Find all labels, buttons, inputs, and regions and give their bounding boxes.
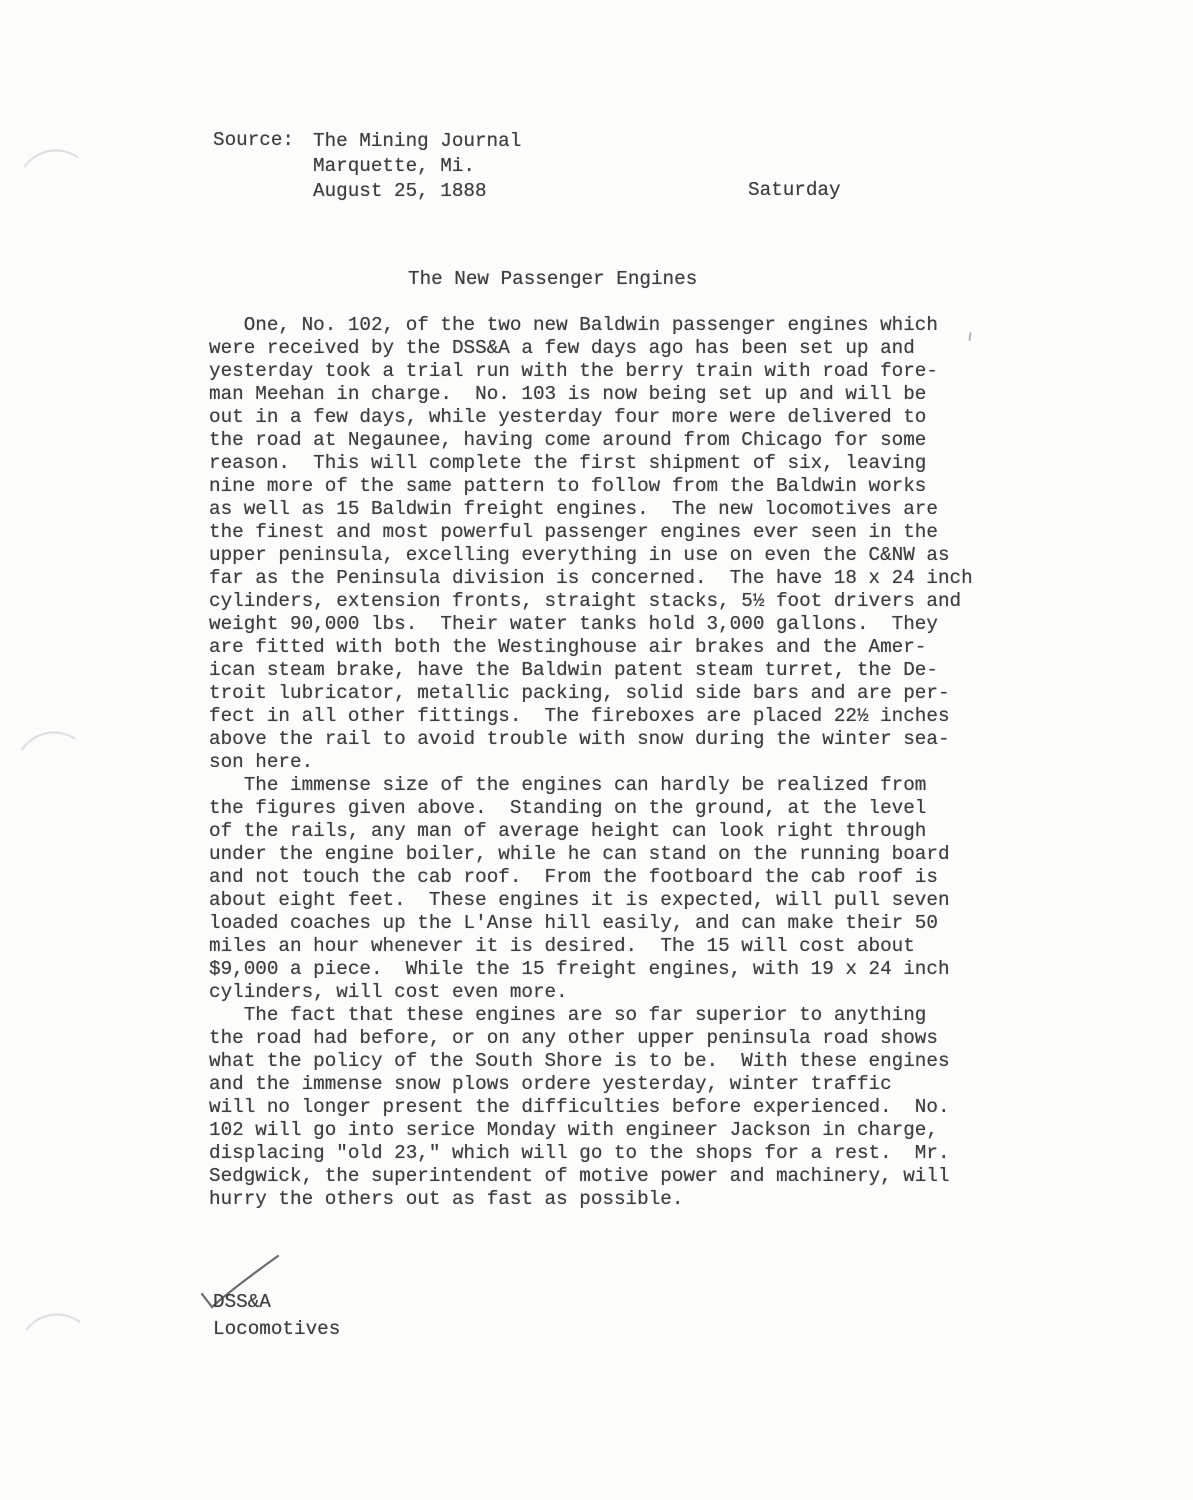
article-title: The New Passenger Engines — [408, 268, 697, 291]
source-label: Source: — [213, 129, 294, 152]
source-day: Saturday — [748, 179, 841, 202]
punch-hole-mark-middle — [8, 725, 101, 818]
document-page: Source: The Mining Journal Marquette, Mi… — [0, 0, 1193, 1500]
archive-footer-label: DSS&A Locomotives — [213, 1289, 340, 1343]
punch-hole-mark-top — [11, 144, 101, 234]
punch-hole-mark-bottom — [13, 1309, 101, 1397]
source-citation: The Mining Journal Marquette, Mi. August… — [313, 129, 521, 204]
article-body: One, No. 102, of the two new Baldwin pas… — [209, 314, 973, 1211]
